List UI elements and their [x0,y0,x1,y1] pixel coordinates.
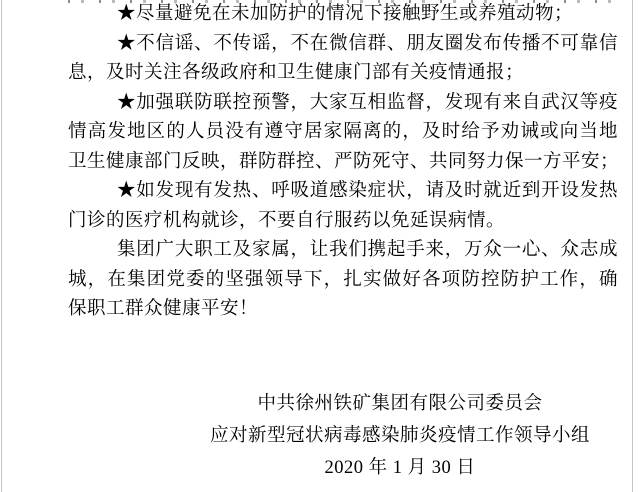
body-line: 城，在集团党委的坚强领导下，扎实做好各项防控防护工作，确 [68,266,618,296]
page-left-edge-line [1,0,2,492]
document-page: ★尽量避免在未加防护的情况下接触野生或养殖动物； ★不信谣、不传谣，不在微信群、… [0,0,638,492]
signature-date: 2020 年 1 月 30 日 [160,452,638,484]
body-line: ★尽量避免在未加防护的情况下接触野生或养殖动物； [68,0,618,30]
body-line: 集团广大职工及家属，让我们携起手来，万众一心、众志成 [68,236,618,266]
body-line: ★如发现有发热、呼吸道感染症状，请及时就近到开设发热 [68,177,618,207]
signature-org-line-1: 中共徐州铁矿集团有限公司委员会 [160,388,638,420]
body-line: ★不信谣、不传谣，不在微信群、朋友圈发布传播不可靠信 [68,30,618,60]
body-line: 卫生健康部门反映，群防群控、严防死守、共同努力保一方平安； [68,148,618,178]
body-line: 门诊的医疗机构就诊，不要自行服药以免延误病情。 [68,207,618,237]
body-line: 情高发地区的人员没有遵守居家隔离的，及时给予劝诫或向当地 [68,118,618,148]
signature-block: 中共徐州铁矿集团有限公司委员会 应对新型冠状病毒感染肺炎疫情工作领导小组 202… [160,388,638,484]
body-line: 保职工群众健康平安！ [68,295,618,325]
document-body: ★尽量避免在未加防护的情况下接触野生或养殖动物； ★不信谣、不传谣，不在微信群、… [68,0,618,325]
signature-org-line-2: 应对新型冠状病毒感染肺炎疫情工作领导小组 [160,420,638,452]
body-line: 息，及时关注各级政府和卫生健康门部有关疫情通报； [68,59,618,89]
body-line: ★加强联防联控预警，大家互相监督，发现有来自武汉等疫 [68,89,618,119]
